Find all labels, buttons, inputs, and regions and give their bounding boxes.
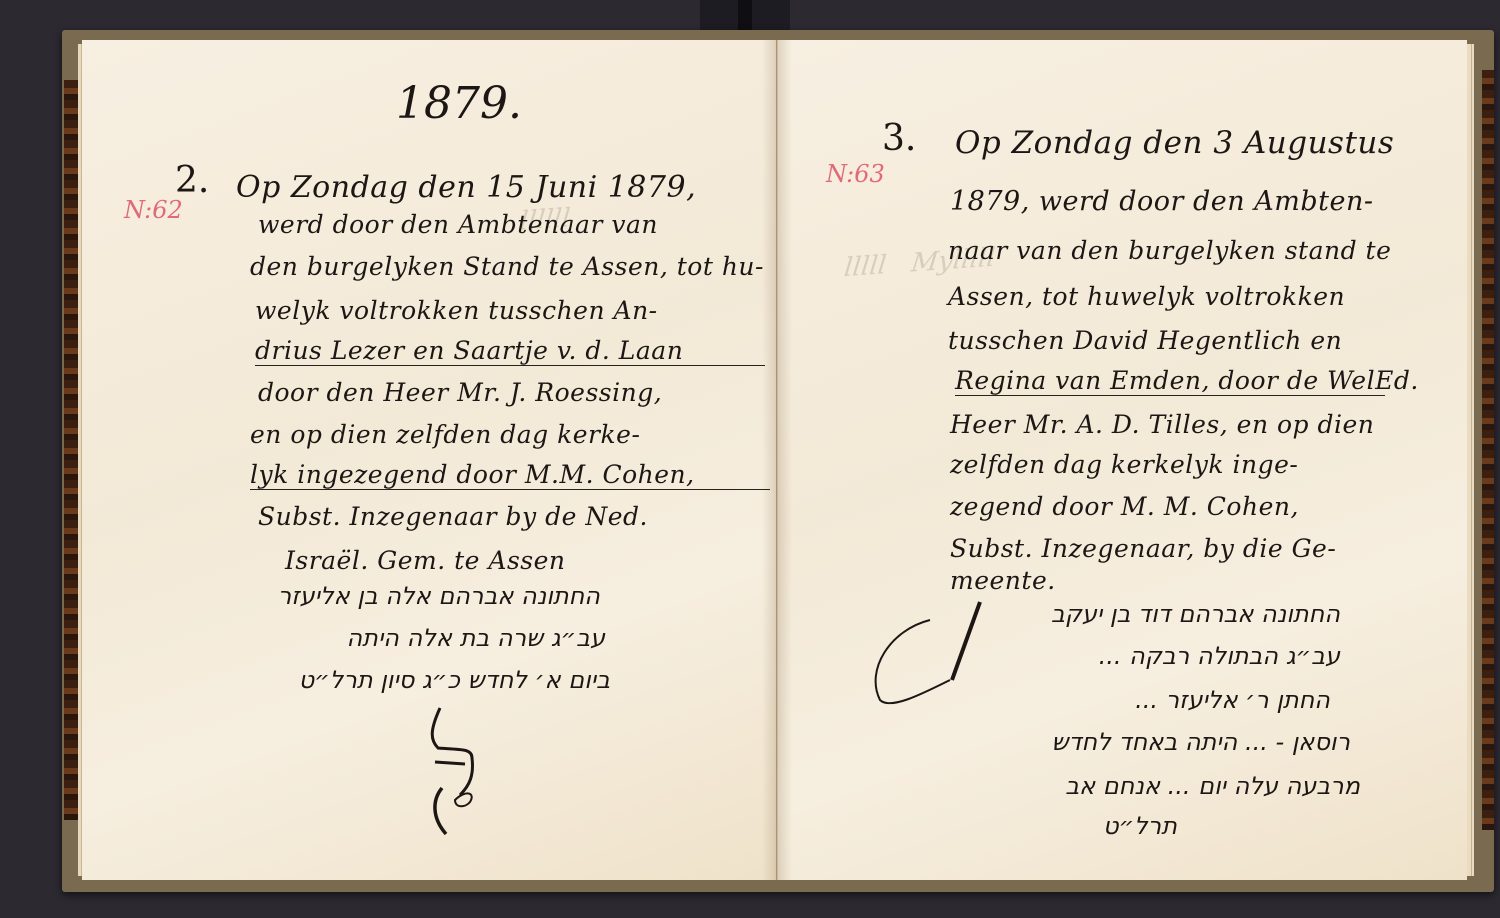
entry-line: zelfden dag kerkelyk inge- [950,450,1298,479]
entry-line: Regina van Emden, door de WelEd. [955,366,1385,396]
entry-line: Op Zondag den 3 Augustus [955,125,1394,161]
entry-line: tusschen David Hegentlich en [948,326,1342,355]
entry-line: meente. [950,566,1056,595]
hebrew-line: רוסאן - ... היתה באחד לחדש [930,728,1350,756]
signature-flourish-right [860,600,1000,720]
entry-line: door den Heer Mr. J. Roessing, [258,378,662,407]
hebrew-line: עב״ג שרה בת אלה היתה [195,624,605,652]
entry-line: Subst. Inzegenaar by de Ned. [258,502,648,531]
entry-line: naar van den burgelyken stand te [948,236,1391,265]
entry-line: werd door den Ambtenaar van [258,210,658,239]
signature-flourish-left [410,700,490,840]
register-number: N:62 [124,196,183,224]
hebrew-line: ביום א׳ לחדש כ״ג סיון תרל״ט [190,666,610,694]
hebrew-line: תרל״ט [1020,812,1260,840]
entry-line: Heer Mr. A. D. Tilles, en op dien [950,410,1374,439]
entry-line: Op Zondag den 15 Juni 1879, [236,170,696,205]
year-heading: 1879. [396,78,522,129]
marbled-cover-edge-right [1482,70,1494,830]
marbled-cover-edge-left [64,80,78,820]
entry-number: 3. [882,118,916,159]
entry-line: lyk ingezegend door M.M. Cohen, [250,460,770,490]
hebrew-line: החתונה אברהם אלה בן אליעזר [190,582,600,610]
register-number: N:63 [826,160,885,188]
entry-line: drius Lezer en Saartje v. d. Laan [255,336,765,366]
hebrew-line: מרבעה עלה יום ... אנחם אב [960,772,1360,800]
entry-line: zegend door M. M. Cohen, [950,492,1299,521]
entry-line: welyk voltrokken tusschen An- [255,296,658,325]
entry-line: Subst. Inzegenaar, by die Ge- [950,534,1336,563]
entry-line: Israël. Gem. te Assen [285,546,566,575]
entry-line: den burgelyken Stand te Assen, tot hu- [250,252,764,281]
entry-line: 1879, werd door den Ambten- [950,186,1373,217]
entry-line: Assen, tot huwelyk voltrokken [948,282,1345,311]
entry-number: 2. [175,160,209,201]
entry-line: en op dien zelfden dag kerke- [250,420,640,449]
